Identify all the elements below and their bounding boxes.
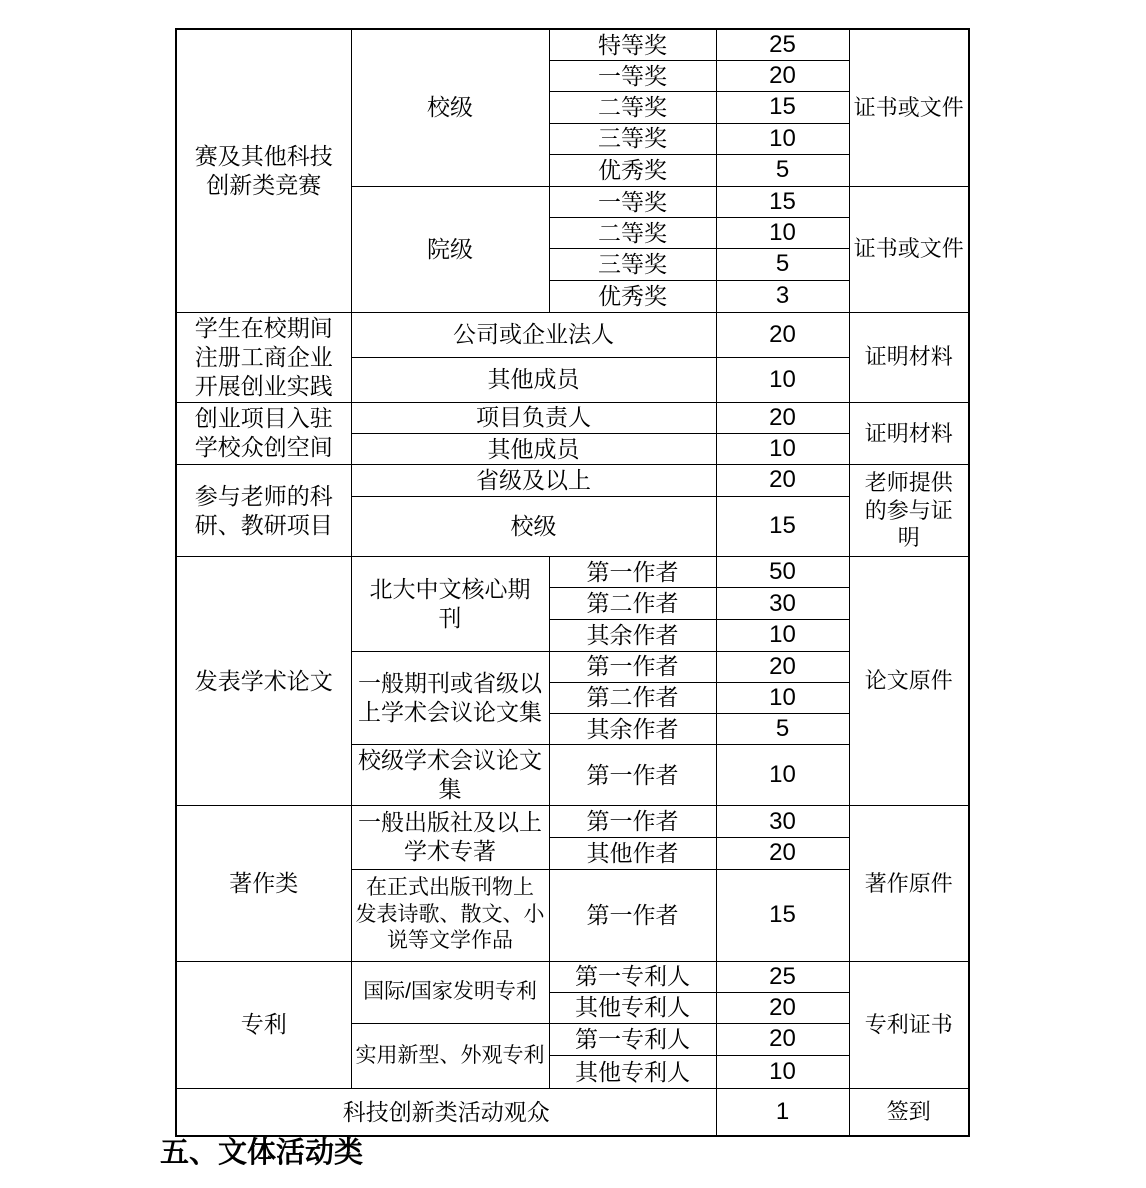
role-cell: 其余作者: [549, 714, 716, 745]
role-cell: 其他成员: [351, 357, 716, 402]
evidence-cell: 论文原件: [849, 557, 969, 806]
role-cell: 第一作者: [549, 745, 716, 806]
table-row: 参与老师的科 研、教研项目省级及以上20老师提供 的参与证 明: [176, 465, 969, 497]
score-cell: 5: [716, 154, 849, 186]
score-cell: 10: [716, 433, 849, 464]
role-cell: 第一作者: [549, 806, 716, 838]
role-cell: 其他专利人: [549, 992, 716, 1023]
level-cell: 校级: [351, 497, 716, 557]
award-cell: 二等奖: [549, 92, 716, 123]
table-row: 著作类一般出版社及以上 学术专著第一作者30著作原件: [176, 806, 969, 838]
score-cell: 10: [716, 1055, 849, 1088]
role-cell: 第一专利人: [549, 1023, 716, 1055]
role-cell: 第一作者: [549, 557, 716, 588]
score-cell: 20: [716, 465, 849, 497]
role-cell: 其他成员: [351, 433, 716, 464]
score-cell: 50: [716, 557, 849, 588]
role-cell: 项目负责人: [351, 402, 716, 433]
award-cell: 优秀奖: [549, 280, 716, 312]
score-cell: 20: [716, 61, 849, 92]
level-cell: 北大中文核心期 刊: [351, 557, 549, 651]
score-cell: 10: [716, 123, 849, 154]
evidence-cell: 著作原件: [849, 806, 969, 961]
score-cell: 20: [716, 1023, 849, 1055]
category-cell: 著作类: [176, 806, 351, 961]
score-cell: 20: [716, 312, 849, 357]
role-cell: 第一专利人: [549, 961, 716, 992]
evidence-cell: 专利证书: [849, 961, 969, 1088]
section-heading: 五、文体活动类: [160, 1136, 363, 1171]
score-cell: 20: [716, 992, 849, 1023]
evidence-cell: 签到: [849, 1088, 969, 1136]
evidence-cell: 证书或文件: [849, 186, 969, 312]
score-cell: 25: [716, 961, 849, 992]
table-row: 创业项目入驻 学校众创空间项目负责人20证明材料: [176, 402, 969, 433]
category-cell: 创业项目入驻 学校众创空间: [176, 402, 351, 464]
table-row: 发表学术论文北大中文核心期 刊第一作者50论文原件: [176, 557, 969, 588]
score-cell: 30: [716, 806, 849, 838]
score-cell: 10: [716, 745, 849, 806]
award-cell: 三等奖: [549, 249, 716, 280]
role-cell: 其他作者: [549, 838, 716, 869]
role-cell: 第一作者: [549, 651, 716, 682]
level-cell: 省级及以上: [351, 465, 716, 497]
table-row: 学生在校期间 注册工商企业 开展创业实践公司或企业法人20证明材料: [176, 312, 969, 357]
level-cell: 一般期刊或省级以 上学术会议论文集: [351, 651, 549, 745]
role-cell: 第二作者: [549, 588, 716, 620]
award-cell: 二等奖: [549, 218, 716, 249]
evidence-cell: 老师提供 的参与证 明: [849, 465, 969, 557]
category-cell: 参与老师的科 研、教研项目: [176, 465, 351, 557]
level-cell: 一般出版社及以上 学术专著: [351, 806, 549, 869]
table-row: 赛及其他科技 创新类竞赛校级特等奖25证书或文件: [176, 29, 969, 61]
award-cell: 优秀奖: [549, 154, 716, 186]
level-cell: 实用新型、外观专利: [351, 1023, 549, 1088]
document-page: 赛及其他科技 创新类竞赛校级特等奖25证书或文件一等奖20二等奖15三等奖10优…: [0, 0, 1146, 1188]
category-cell: 学生在校期间 注册工商企业 开展创业实践: [176, 312, 351, 402]
score-cell: 3: [716, 280, 849, 312]
score-cell: 15: [716, 869, 849, 961]
score-cell: 25: [716, 29, 849, 61]
role-cell: 其余作者: [549, 620, 716, 651]
category-cell: 赛及其他科技 创新类竞赛: [176, 29, 351, 312]
score-cell: 20: [716, 838, 849, 869]
award-cell: 三等奖: [549, 123, 716, 154]
level-cell: 在正式出版刊物上 发表诗歌、散文、小 说等文学作品: [351, 869, 549, 961]
award-cell: 一等奖: [549, 61, 716, 92]
level-cell: 校级: [351, 29, 549, 186]
score-cell: 15: [716, 92, 849, 123]
score-cell: 10: [716, 357, 849, 402]
score-cell: 20: [716, 651, 849, 682]
score-cell: 10: [716, 682, 849, 713]
score-cell: 10: [716, 620, 849, 651]
role-cell: 其他专利人: [549, 1055, 716, 1088]
category-cell: 专利: [176, 961, 351, 1088]
level-cell: 国际/国家发明专利: [351, 961, 549, 1023]
award-cell: 一等奖: [549, 186, 716, 217]
score-cell: 5: [716, 714, 849, 745]
score-cell: 5: [716, 249, 849, 280]
award-cell: 特等奖: [549, 29, 716, 61]
evidence-cell: 证明材料: [849, 312, 969, 402]
table-row: 专利国际/国家发明专利第一专利人25专利证书: [176, 961, 969, 992]
evidence-cell: 证明材料: [849, 402, 969, 464]
role-cell: 第一作者: [549, 869, 716, 961]
role-cell: 第二作者: [549, 682, 716, 713]
table-row: 科技创新类活动观众1签到: [176, 1088, 969, 1136]
score-cell: 15: [716, 497, 849, 557]
activity-cell: 科技创新类活动观众: [176, 1088, 716, 1136]
level-cell: 院级: [351, 186, 549, 312]
category-cell: 发表学术论文: [176, 557, 351, 806]
role-cell: 公司或企业法人: [351, 312, 716, 357]
evidence-cell: 证书或文件: [849, 29, 969, 186]
score-cell: 1: [716, 1088, 849, 1136]
level-cell: 校级学术会议论文 集: [351, 745, 549, 806]
score-cell: 30: [716, 588, 849, 620]
score-table-body: 赛及其他科技 创新类竞赛校级特等奖25证书或文件一等奖20二等奖15三等奖10优…: [176, 29, 969, 1136]
score-cell: 15: [716, 186, 849, 217]
score-table: 赛及其他科技 创新类竞赛校级特等奖25证书或文件一等奖20二等奖15三等奖10优…: [175, 28, 970, 1137]
score-cell: 10: [716, 218, 849, 249]
score-cell: 20: [716, 402, 849, 433]
